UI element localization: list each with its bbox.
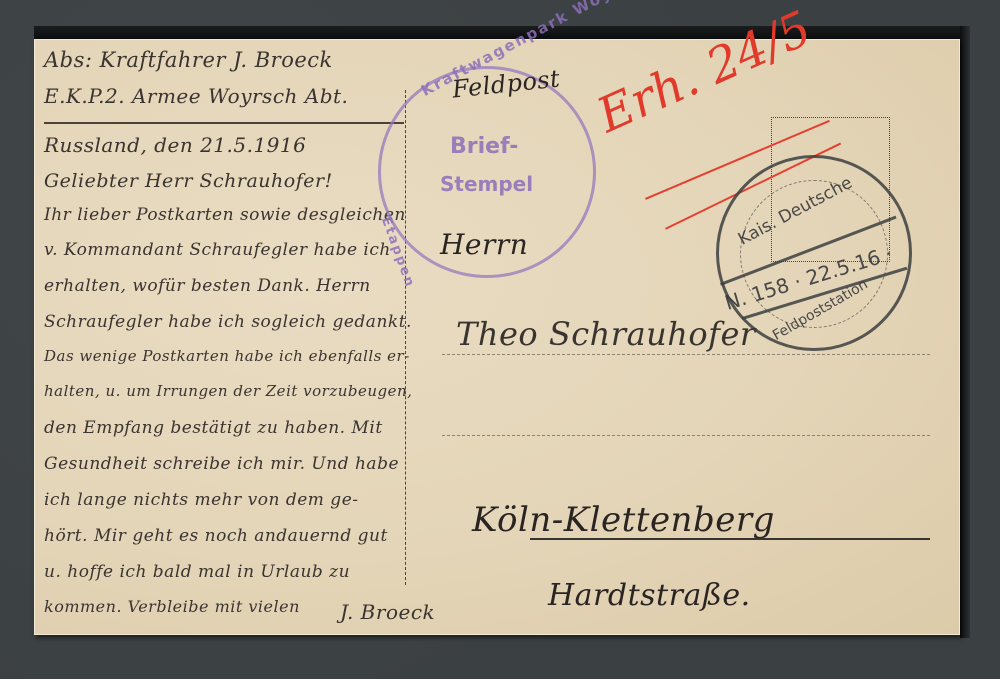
- address-line-2: [442, 435, 930, 436]
- message-line: v. Kommandant Schraufegler habe ich: [44, 240, 391, 260]
- address-salutation: Herrn: [440, 228, 528, 261]
- address-line-1: [442, 354, 930, 355]
- message-line: Ihr lieber Postkarten sowie desgleichen: [44, 205, 406, 225]
- message-line: kommen. Verbleibe mit vielen: [44, 597, 300, 616]
- address-recipient: Theo Schrauhofer: [456, 315, 756, 353]
- address-city: Köln-Klettenberg: [472, 500, 775, 540]
- message-signature: J. Broeck: [340, 600, 435, 624]
- card-shadow-right: [960, 26, 970, 638]
- address-line-3: [530, 538, 930, 540]
- message-line: Schraufegler habe ich sogleich gedankt.: [44, 312, 412, 332]
- card-shadow-top: [34, 26, 964, 39]
- message-line: u. hoffe ich bald mal in Urlaub zu: [44, 562, 350, 582]
- sender-divider: [44, 122, 404, 124]
- message-line: halten, u. um Irrungen der Zeit vorzubeu…: [44, 382, 412, 400]
- sender-line-1: Abs: Kraftfahrer J. Broeck: [44, 48, 333, 72]
- message-line: Gesundheit schreibe ich mir. Und habe: [44, 454, 399, 474]
- message-place-date: Russland, den 21.5.1916: [44, 133, 306, 157]
- sender-line-2: E.K.P.2. Armee Woyrsch Abt.: [44, 84, 348, 108]
- message-greeting: Geliebter Herr Schrauhofer!: [44, 170, 333, 192]
- message-line: erhalten, wofür besten Dank. Herrn: [44, 276, 371, 296]
- address-street: Hardtstraße.: [548, 578, 751, 613]
- message-line: den Empfang bestätigt zu haben. Mit: [44, 418, 383, 438]
- unit-stamp-center-2: Stempel: [440, 172, 533, 196]
- message-line: Das wenige Postkarten habe ich ebenfalls…: [44, 347, 410, 365]
- unit-stamp-center-1: Brief-: [450, 134, 518, 159]
- message-line: ich lange nichts mehr von dem ge-: [44, 490, 359, 510]
- message-line: hört. Mir geht es noch andauernd gut: [44, 526, 388, 546]
